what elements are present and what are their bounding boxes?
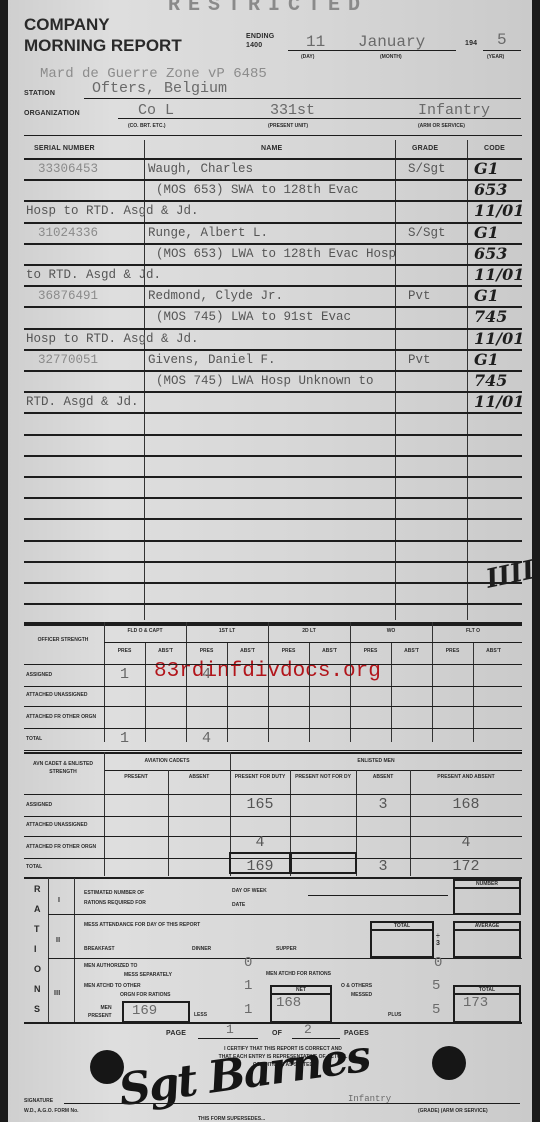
cell-name: Redmond, Clyde Jr. [148, 289, 283, 303]
cell-code: G1 [474, 286, 499, 305]
cell-serial: RTD. Asgd & Jd. [26, 395, 139, 409]
cell-name: Waugh, Charles [148, 162, 253, 176]
men-present-box[interactable]: 169 [122, 1001, 190, 1023]
row-rule [24, 582, 522, 584]
enlisted-col-header: PRESENT NOT FOR DY [290, 774, 356, 781]
ending-label: ENDING1400 [246, 32, 274, 50]
row-rule [24, 518, 522, 520]
col-code: CODE [484, 145, 505, 152]
row-rule [24, 222, 522, 224]
row-rule [24, 455, 522, 457]
enlisted-col-header: ABSENT [168, 774, 230, 781]
enlisted-cell: 3 [356, 858, 410, 875]
row-rule [24, 624, 522, 626]
cell-code: 745 [474, 371, 507, 390]
total-present-not-for-duty-box [289, 852, 357, 874]
officer-cell: 4 [186, 730, 227, 747]
cell-name: Givens, Daniel F. [148, 353, 276, 367]
cell-serial: Hosp to RTD. Asgd & Jd. [26, 204, 199, 218]
page-number: 1 [226, 1022, 234, 1037]
row-rule [24, 349, 522, 351]
row-rule [24, 434, 522, 436]
cell-name: (MOS 745) LWA to 91st Evac [156, 310, 351, 324]
row-rule [24, 370, 522, 372]
net-box[interactable]: NET 168 [270, 985, 332, 1023]
cell-code: 11/01 [474, 329, 524, 348]
enlisted-col-header: PRESENT AND ABSENT [410, 774, 522, 781]
cell-serial: 36876491 [38, 289, 98, 303]
cell-name: Runge, Albert L. [148, 226, 268, 240]
row-rule [24, 243, 522, 245]
org-arm: Infantry [418, 102, 490, 119]
men-atchd-other-value: 1 [244, 978, 252, 994]
report-day: 11 [306, 33, 325, 51]
officer-group-header: WO [350, 628, 432, 634]
cell-name: (MOS 653) SWA to 128th Evac [156, 183, 359, 197]
row-rule [24, 264, 522, 266]
enlisted-cell: 4 [410, 834, 522, 851]
row-rule [24, 179, 522, 181]
officer-cell: 1 [104, 666, 145, 683]
cell-code: 653 [474, 244, 507, 263]
report-month: January [358, 33, 425, 51]
cell-code: G1 [474, 159, 499, 178]
org-unit: 331st [270, 102, 315, 119]
total-present-for-duty-box [229, 852, 292, 874]
men-authorized-value: 0 [244, 955, 252, 971]
report-year: 5 [497, 31, 507, 49]
officer-cell: 1 [104, 730, 145, 747]
enlisted-col-header: ABSENT [356, 774, 410, 781]
cell-serial: 33306453 [38, 162, 98, 176]
cell-serial: to RTD. Asgd & Jd. [26, 268, 161, 282]
mess-average-box[interactable]: AVERAGE [453, 921, 521, 958]
classification-stamp: RESTRICTED [168, 0, 368, 17]
col-serial-number: SERIAL NUMBER [34, 145, 95, 152]
enlisted-cell: 3 [356, 796, 410, 813]
morning-report-form: RESTRICTED COMPANY MORNING REPORT ENDING… [8, 0, 532, 1122]
row-rule [24, 391, 522, 393]
others-messed-value: 5 [432, 978, 440, 994]
cell-grade: Pvt [408, 289, 431, 303]
officer-group-header: FLD O & CAPT [104, 628, 186, 634]
row-rule [24, 540, 522, 542]
enlisted-cell: 165 [230, 796, 290, 813]
enlisted-col-header: PRESENT FOR DUTY [230, 774, 290, 781]
row-rule [24, 306, 522, 308]
cell-serial: 32770051 [38, 353, 98, 367]
cell-code: 653 [474, 180, 507, 199]
cell-serial: 31024336 [38, 226, 98, 240]
enlisted-cell: 4 [230, 834, 290, 851]
cell-grade: Pvt [408, 353, 431, 367]
officer-group-header: FLT O [432, 628, 514, 634]
col-grade: GRADE [412, 145, 438, 152]
cell-grade: S/Sgt [408, 226, 446, 240]
cell-code: 11/01 [474, 392, 524, 411]
cell-name: (MOS 653) LWA to 128th Evac Hosp [156, 247, 396, 261]
number-box[interactable]: NUMBER [453, 879, 521, 915]
cell-grade: S/Sgt [408, 162, 446, 176]
plus-value: 5 [432, 1002, 440, 1018]
estimated-rations-label: ESTIMATED NUMBER OFRATIONS REQUIRED FOR [84, 888, 146, 908]
org-company: Co L [138, 102, 174, 119]
row-rule [24, 328, 522, 330]
row-rule [24, 476, 522, 478]
cell-serial: Hosp to RTD. Asgd & Jd. [26, 332, 199, 346]
enlisted-cell: 172 [410, 858, 522, 875]
enlisted-col-header: PRESENT [104, 774, 168, 781]
less-value: 1 [244, 1002, 252, 1018]
cell-code: G1 [474, 350, 499, 369]
row-rule [24, 200, 522, 202]
form-title: COMPANY MORNING REPORT [24, 14, 182, 56]
col-name: NAME [261, 145, 282, 152]
station-value: Ofters, Belgium [92, 80, 227, 97]
officer-group-header: 1ST LT [186, 628, 268, 634]
cell-code: G1 [474, 223, 499, 242]
cell-code: 11/01 [474, 201, 524, 220]
row-rule [24, 497, 522, 499]
officer-group-header: 2D LT [268, 628, 350, 634]
mess-total-box[interactable]: TOTAL [370, 921, 434, 958]
cell-code: 745 [474, 307, 507, 326]
officer-cell: 4 [186, 666, 227, 683]
row-rule [24, 561, 522, 563]
row-rule [24, 285, 522, 287]
men-atchd-rations-value: 0 [434, 955, 442, 971]
enlisted-cell: 168 [410, 796, 522, 813]
row-rule [24, 158, 522, 160]
rations-total-box[interactable]: TOTAL 173 [453, 985, 521, 1023]
cell-name: (MOS 745) LWA Hosp Unknown to [156, 374, 374, 388]
cell-code: 11/01 [474, 265, 524, 284]
row-rule [24, 603, 522, 605]
punch-hole-right [432, 1046, 466, 1080]
total-pages: 2 [304, 1022, 312, 1037]
row-rule [24, 412, 522, 414]
